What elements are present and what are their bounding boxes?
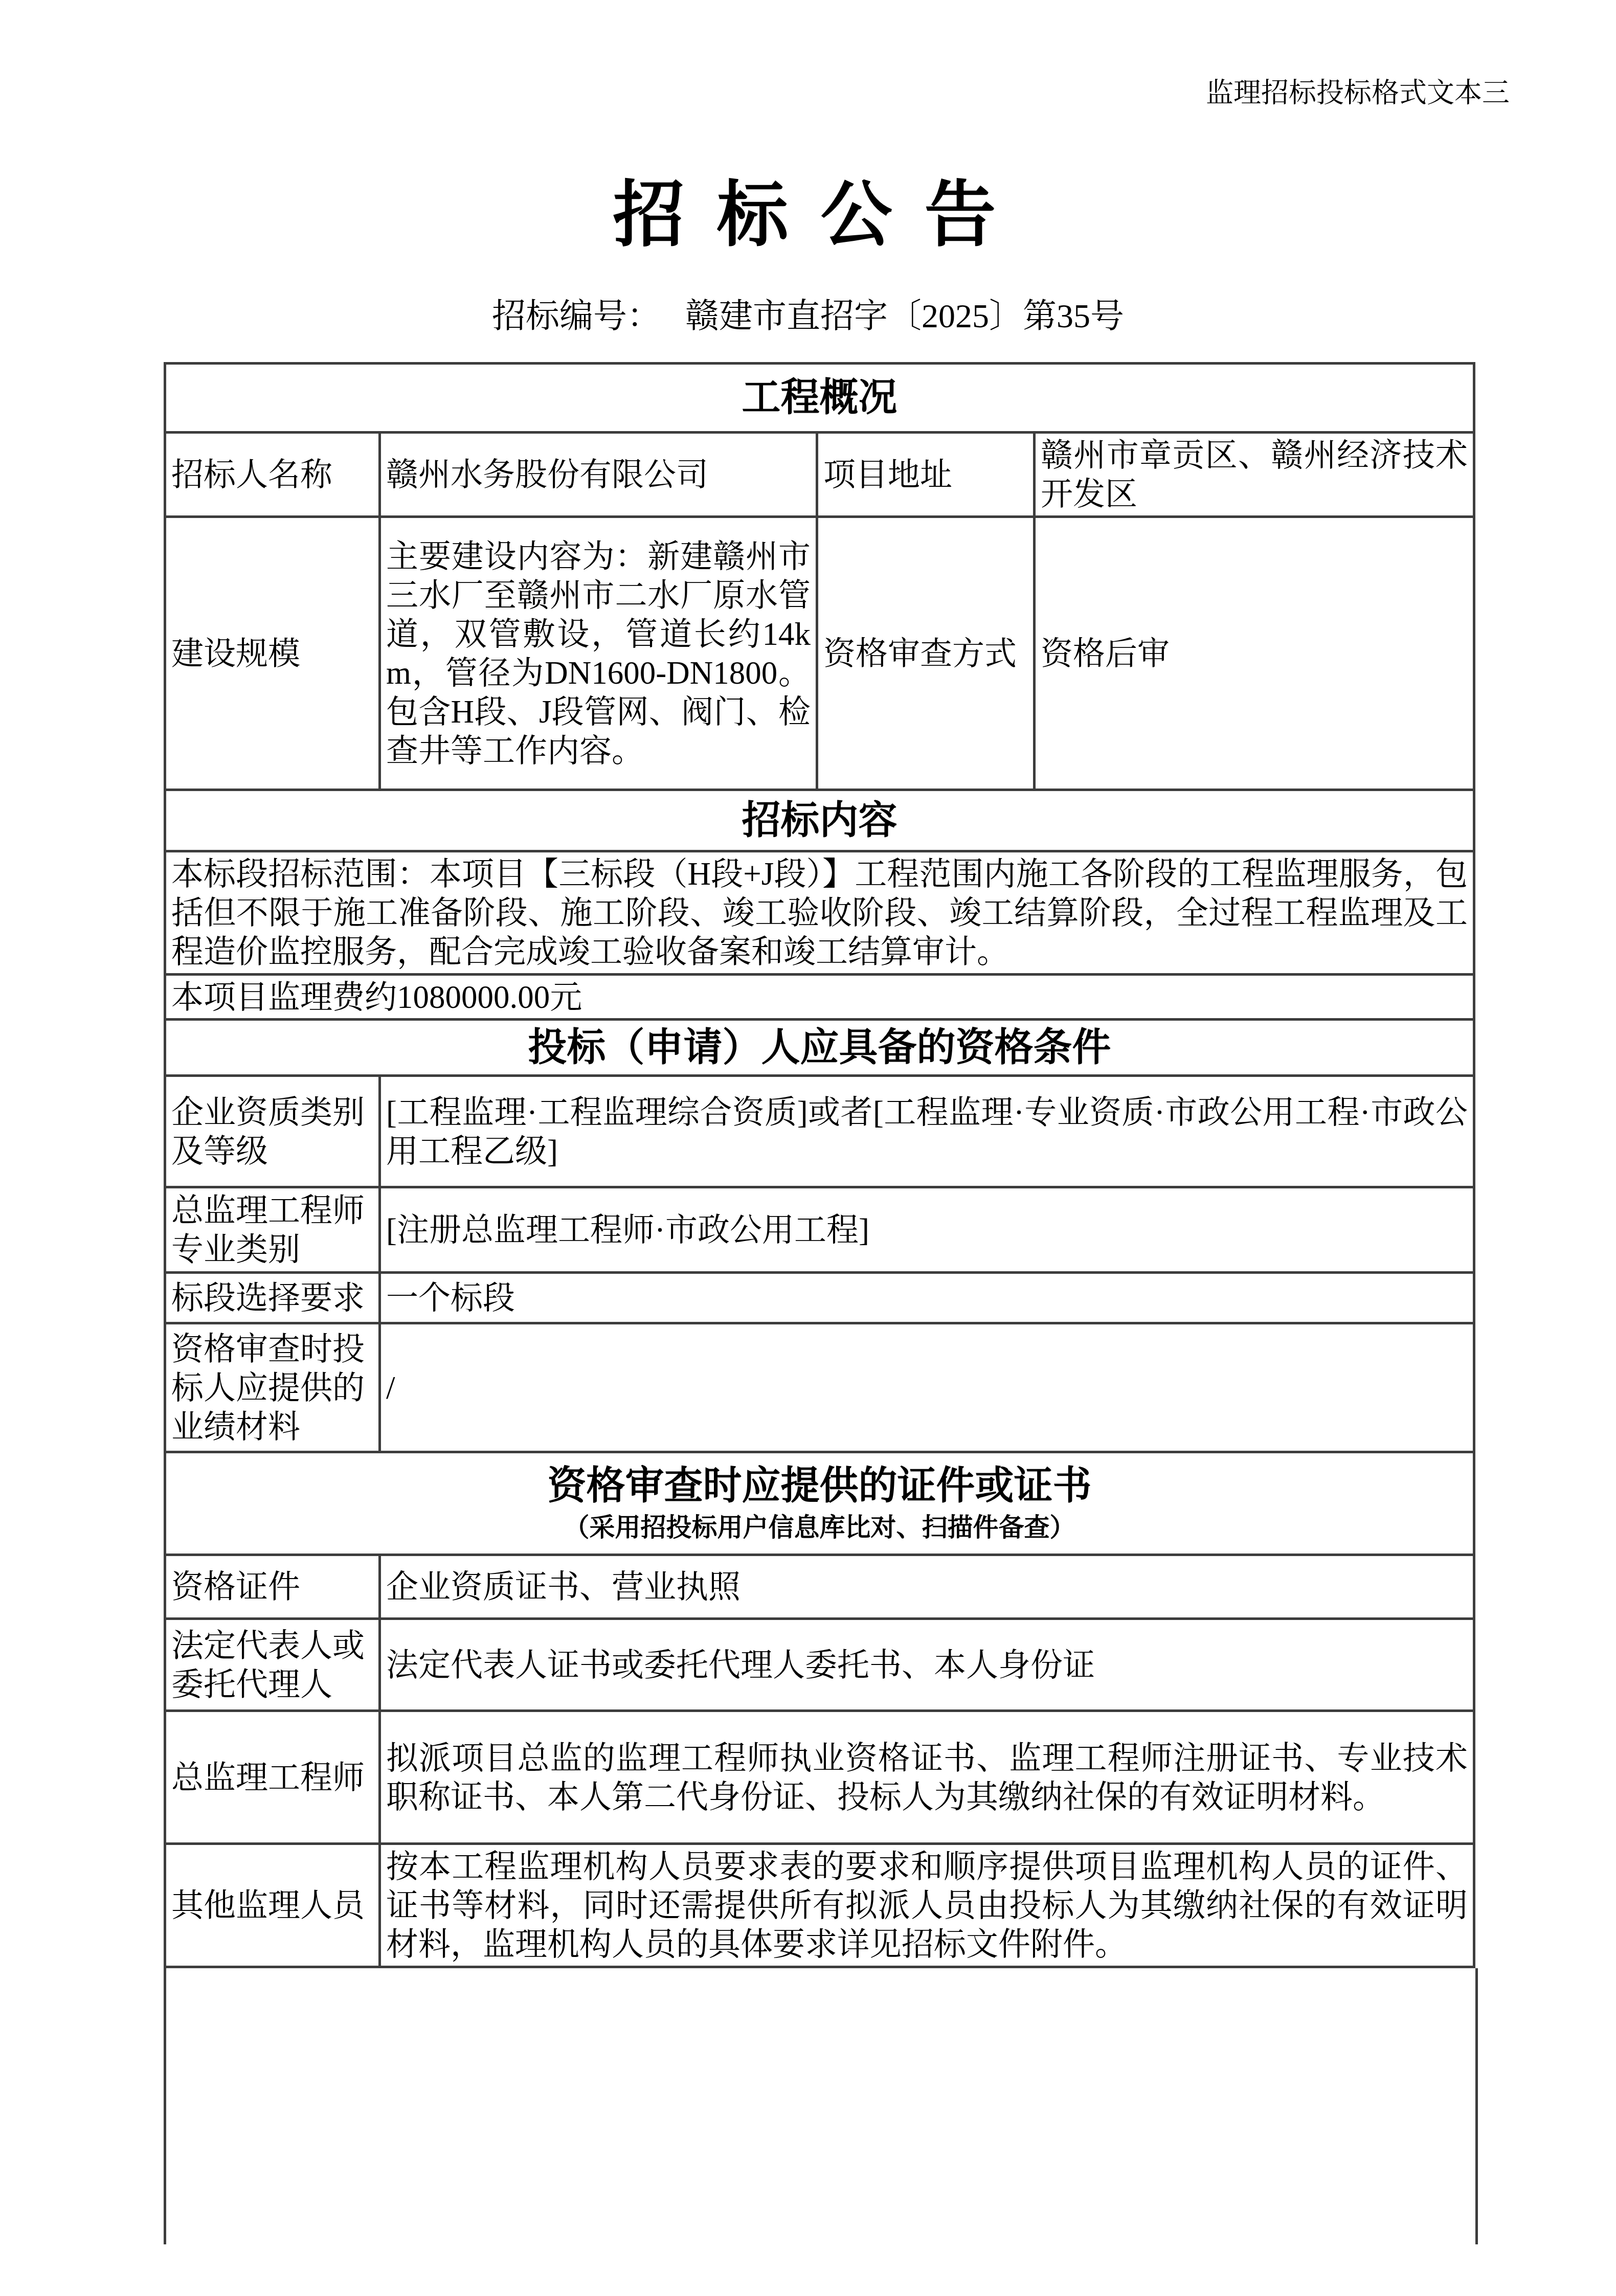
row-label-qualification-certificates: 资格证件: [165, 1555, 380, 1619]
table-row: 建设规模 主要建设内容为：新建赣州市三水厂至赣州市二水厂原水管道，双管敷设，管道…: [165, 517, 1474, 790]
table-row: 标段选择要求 一个标段: [165, 1273, 1474, 1323]
table-row: 法定代表人或委托代理人 法定代表人证书或委托代理人委托书、本人身份证: [165, 1619, 1474, 1711]
row-label-tenderer-name: 招标人名称: [165, 433, 380, 517]
table-row: 资格证件 企业资质证书、营业执照: [165, 1555, 1474, 1619]
section-row-certificates: 资格审查时应提供的证件或证书 （采用招投标用户信息库比对、扫描件备查）: [165, 1452, 1474, 1555]
value-enterprise-qualification: [工程监理·工程监理综合资质]或者[工程监理·专业资质·市政公用工程·市政公用工…: [380, 1076, 1474, 1187]
table-row: 本标段招标范围：本项目【三标段（H段+J段）】工程范围内施工各阶段的工程监理服务…: [165, 851, 1474, 975]
table-row: 其他监理人员 按本工程监理机构人员要求表的要求和顺序提供项目监理机构人员的证件、…: [165, 1844, 1474, 1967]
section-row-overview: 工程概况: [165, 364, 1474, 433]
row-label-chief-engineer-certs: 总监理工程师: [165, 1711, 380, 1844]
table-row: 总监理工程师 拟派项目总监的监理工程师执业资格证书、监理工程师注册证书、专业技术…: [165, 1711, 1474, 1844]
section-header-overview: 工程概况: [165, 364, 1474, 433]
row-label-project-address: 项目地址: [817, 433, 1035, 517]
tender-table: 工程概况 招标人名称 赣州水务股份有限公司 项目地址 赣州市章贡区、赣州经济技术…: [164, 362, 1475, 1968]
row-label-performance-materials: 资格审查时投标人应提供的业绩材料: [165, 1323, 380, 1452]
certificates-subtitle: （采用招投标用户信息库比对、扫描件备查）: [168, 1512, 1471, 1543]
value-legal-representative: 法定代表人证书或委托代理人委托书、本人身份证: [380, 1619, 1474, 1711]
table-row: 企业资质类别及等级 [工程监理·工程监理综合资质]或者[工程监理·专业资质·市政…: [165, 1076, 1474, 1187]
section-row-qualification: 投标（申请）人应具备的资格条件: [165, 1020, 1474, 1076]
table-row: 总监理工程师专业类别 [注册总监理工程师·市政公用工程]: [165, 1187, 1474, 1273]
section-row-content: 招标内容: [165, 790, 1474, 851]
tender-number-value: 赣建市直招字〔2025〕第35号: [685, 298, 1124, 335]
value-qualification-review-method: 资格后审: [1035, 517, 1474, 790]
table-continuation-area: [164, 1968, 1478, 2244]
value-construction-scale: 主要建设内容为：新建赣州市三水厂至赣州市二水厂原水管道，双管敷设，管道长约14k…: [380, 517, 817, 790]
value-project-address: 赣州市章贡区、赣州经济技术开发区: [1035, 433, 1474, 517]
section-header-certificates: 资格审查时应提供的证件或证书 （采用招投标用户信息库比对、扫描件备查）: [165, 1452, 1474, 1555]
row-label-section-selection: 标段选择要求: [165, 1273, 380, 1323]
value-chief-engineer-certs: 拟派项目总监的监理工程师执业资格证书、监理工程师注册证书、专业技术职称证书、本人…: [380, 1711, 1474, 1844]
section-header-qualification: 投标（申请）人应具备的资格条件: [165, 1020, 1474, 1076]
row-label-other-supervision-staff: 其他监理人员: [165, 1844, 380, 1967]
value-tender-scope: 本标段招标范围：本项目【三标段（H段+J段）】工程范围内施工各阶段的工程监理服务…: [165, 851, 1474, 975]
table-row: 招标人名称 赣州水务股份有限公司 项目地址 赣州市章贡区、赣州经济技术开发区: [165, 433, 1474, 517]
doc-type-label: 监理招标投标格式文本三: [0, 0, 1616, 109]
value-chief-engineer-specialty: [注册总监理工程师·市政公用工程]: [380, 1187, 1474, 1273]
table-row: 资格审查时投标人应提供的业绩材料 /: [165, 1323, 1474, 1452]
row-label-legal-representative: 法定代表人或委托代理人: [165, 1619, 380, 1711]
value-section-selection: 一个标段: [380, 1273, 1474, 1323]
row-label-qualification-review-method: 资格审查方式: [817, 517, 1035, 790]
page-title: 招 标 公 告: [0, 180, 1616, 252]
value-other-supervision-staff: 按本工程监理机构人员要求表的要求和顺序提供项目监理机构人员的证件、证书等材料，同…: [380, 1844, 1474, 1967]
tender-number-label: 招标编号：: [492, 298, 661, 335]
certificates-header-text: 资格审查时应提供的证件或证书: [168, 1464, 1471, 1508]
value-qualification-certificates: 企业资质证书、营业执照: [380, 1555, 1474, 1619]
value-tenderer-name: 赣州水务股份有限公司: [380, 433, 817, 517]
table-row: 本项目监理费约1080000.00元: [165, 975, 1474, 1020]
value-supervision-fee: 本项目监理费约1080000.00元: [165, 975, 1474, 1020]
section-header-content: 招标内容: [165, 790, 1474, 851]
row-label-chief-engineer-specialty: 总监理工程师专业类别: [165, 1187, 380, 1273]
row-label-construction-scale: 建设规模: [165, 517, 380, 790]
value-performance-materials: /: [380, 1323, 1474, 1452]
tender-number: 招标编号：赣建市直招字〔2025〕第35号: [0, 297, 1616, 336]
row-label-enterprise-qualification: 企业资质类别及等级: [165, 1076, 380, 1187]
